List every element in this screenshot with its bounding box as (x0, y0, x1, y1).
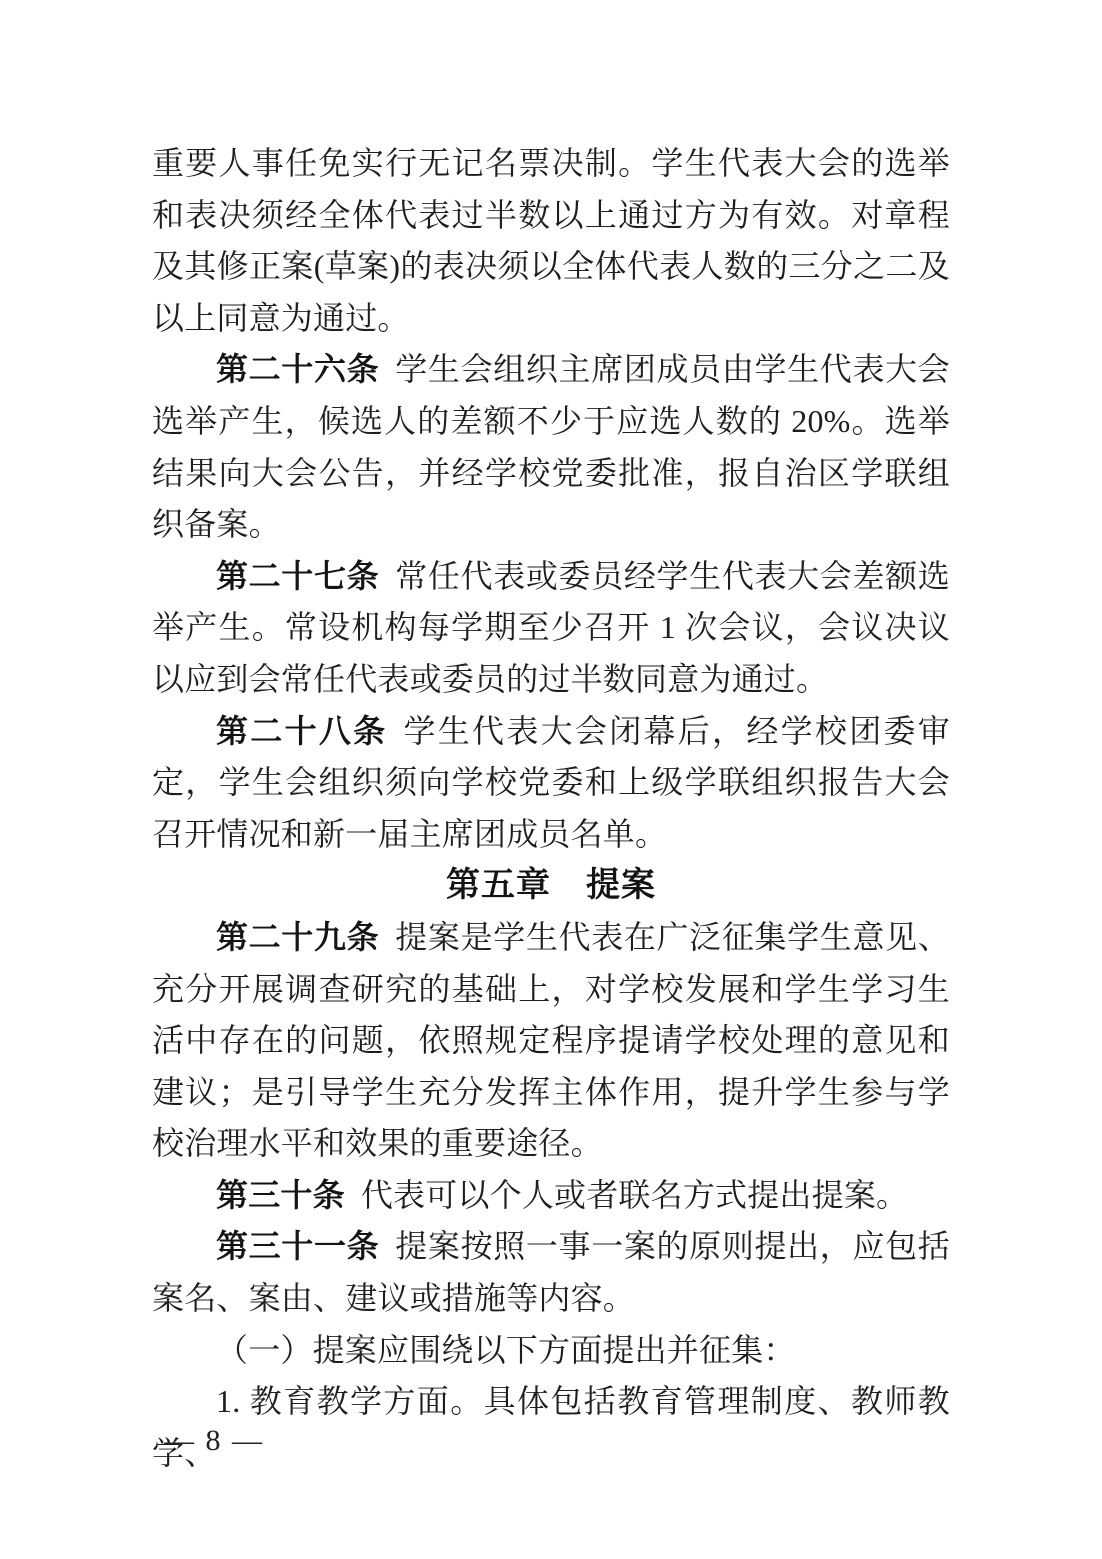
paragraph-article-31: 第三十一条提案按照一事一案的原则提出，应包括案名、案由、建议或措施等内容。 (152, 1221, 950, 1324)
article-30-label: 第三十条 (216, 1177, 345, 1213)
document-page: 重要人事任免实行无记名票决制。学生代表大会的选举和表决须经全体代表过半数以上通过… (0, 0, 1102, 1559)
paragraph-text: （一）提案应围绕以下方面提出并征集： (216, 1332, 796, 1368)
page-number: — 8 — (164, 1424, 264, 1458)
article-31-label: 第三十一条 (216, 1228, 379, 1264)
article-28-label: 第二十八条 (216, 713, 387, 749)
paragraph-article-29: 第二十九条提案是学生代表在广泛征集学生意见、充分开展调查研究的基础上，对学校发展… (152, 912, 950, 1170)
paragraph-article-28: 第二十八条学生代表大会闭幕后，经学校团委审定，学生会组织须向学校党委和上级学联组… (152, 706, 950, 861)
paragraph-article-27: 第二十七条常任代表或委员经学生代表大会差额选举产生。常设机构每学期至少召开 1 … (152, 551, 950, 706)
paragraph-text: 提案是学生代表在广泛征集学生意见、充分开展调查研究的基础上，对学校发展和学生学习… (152, 919, 950, 1161)
chapter-heading: 第五章 提案 (152, 860, 950, 912)
article-27-label: 第二十七条 (216, 558, 379, 594)
article-29-label: 第二十九条 (216, 919, 379, 955)
paragraph-text: 1. 教育教学方面。具体包括教育管理制度、教师教学、 (152, 1383, 950, 1471)
document-body: 重要人事任免实行无记名票决制。学生代表大会的选举和表决须经全体代表过半数以上通过… (152, 138, 950, 1479)
paragraph-subitem-1: 1. 教育教学方面。具体包括教育管理制度、教师教学、 (152, 1376, 950, 1479)
paragraph-text: 重要人事任免实行无记名票决制。学生代表大会的选举和表决须经全体代表过半数以上通过… (152, 145, 950, 336)
paragraph-item-1: （一）提案应围绕以下方面提出并征集： (152, 1325, 950, 1377)
paragraph-article-26: 第二十六条学生会组织主席团成员由学生代表大会选举产生，候选人的差额不少于应选人数… (152, 344, 950, 550)
paragraph-voting-rules: 重要人事任免实行无记名票决制。学生代表大会的选举和表决须经全体代表过半数以上通过… (152, 138, 950, 344)
paragraph-article-30: 第三十条代表可以个人或者联名方式提出提案。 (152, 1170, 950, 1222)
paragraph-text: 代表可以个人或者联名方式提出提案。 (361, 1177, 908, 1213)
article-26-label: 第二十六条 (216, 351, 379, 387)
